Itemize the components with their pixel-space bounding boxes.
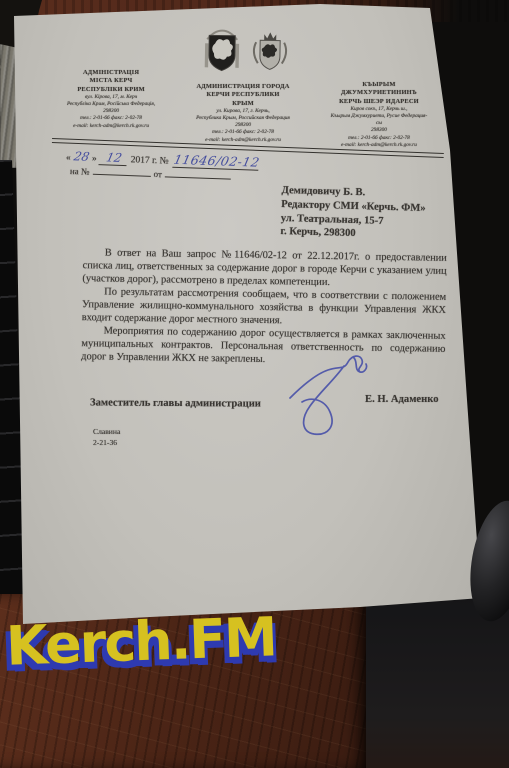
letterhead-column-crimean-tatar: КЪЫРЫМ ДЖУМХУРИЕТИНИНЪ КЕРЧЬ ШЕЭР ИДАРЕС… — [314, 81, 444, 149]
letter-body: В ответ на Ваш запрос №11646/02-12 от 22… — [81, 246, 447, 369]
letterhead-title-line: МІСТА КЕРЧ — [50, 77, 172, 85]
letterhead-column-ukrainian: АДМІНІСТРАЦІЯ МІСТА КЕРЧ РЕСПУБЛІКИ КРИМ… — [50, 69, 172, 149]
letterhead-address-line: e-mail: kerch-adm@kerch.rk.gov.ru — [314, 142, 444, 149]
executor-block: Славина 2-21-36 — [93, 426, 120, 448]
addressee-block: Демидовичу Б. В. Редактору СМИ «Керчь. Ф… — [280, 184, 426, 243]
letterhead-title-line: КЕРЧИ РЕСПУБЛИКИ — [172, 91, 314, 99]
addressee-line: г. Керчь, 298300 — [280, 225, 425, 243]
letterhead-address-line: тел.: 2-01-66 факс: 2-02-78 — [50, 115, 172, 122]
date-month-handwritten: 12 — [98, 150, 129, 166]
letterhead-title-line: КЕРЧЬ ШЕЭР ИДАРЕСИ — [314, 98, 444, 106]
watermark-text: Kerch.FM — [5, 605, 277, 677]
photo-scene: АДМІНІСТРАЦІЯ МІСТА КЕРЧ РЕСПУБЛІКИ КРИМ… — [0, 0, 509, 768]
close-quote: » — [92, 154, 97, 164]
signature-title: Заместитель главы администрации — [90, 397, 261, 409]
letterhead-title-line: КРЫМ — [172, 100, 314, 108]
dark-floor — [366, 596, 509, 768]
letterhead-title-line: ДЖУМХУРИЕТИНИНЪ — [314, 89, 444, 97]
letterhead-column-russian: АДМИНИСТРАЦИЯ ГОРОДА КЕРЧИ РЕСПУБЛИКИ КР… — [172, 83, 314, 149]
reply-to-label: на № — [70, 166, 90, 177]
year-number-label: 2017 г. № — [130, 155, 168, 166]
executor-phone: 2-21-36 — [93, 437, 120, 448]
open-quote: « — [66, 153, 71, 163]
body-paragraph: В ответ на Ваш запрос №11646/02-12 от 22… — [82, 246, 447, 291]
letterhead-title-line: РЕСПУБЛІКИ КРИМ — [50, 86, 172, 94]
letterhead-address-line: тел.: 2-01-66 факс: 2-02-78 — [172, 129, 314, 136]
reply-from-label: от — [153, 169, 162, 179]
executor-name: Славина — [93, 426, 120, 437]
signature-scribble — [282, 350, 374, 440]
letterhead-address-line: e-mail: kerch-adm@kerch.rk.gov.ru — [50, 123, 172, 130]
letterhead-address-line: 298300 — [314, 127, 444, 134]
signature-name: Е. Н. Адаменко — [365, 394, 439, 405]
date-day-handwritten: 28 — [72, 149, 90, 163]
blank-line — [165, 167, 231, 179]
body-paragraph: Мероприятия по содержанию дорог осуществ… — [81, 324, 446, 369]
body-paragraph: По результатам рассмотрения сообщаем, чт… — [82, 285, 447, 330]
blank-line — [93, 165, 151, 177]
letterhead-address-line: тел.: 2-01-66 факс: 2-02-78 — [314, 135, 444, 142]
letterhead-columns: АДМІНІСТРАЦІЯ МІСТА КЕРЧ РЕСПУБЛІКИ КРИМ… — [50, 66, 444, 149]
